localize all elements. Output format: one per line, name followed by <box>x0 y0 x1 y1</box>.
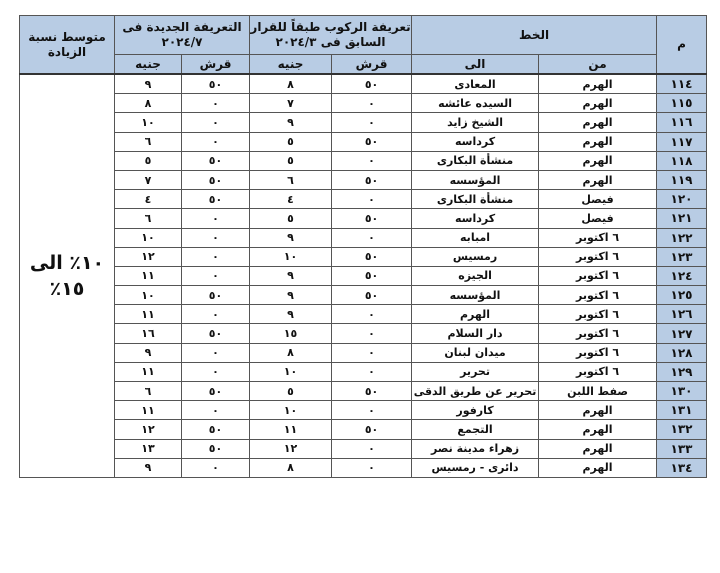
new-pounds-cell: ١٦ <box>115 324 182 343</box>
route-from-cell: ٦ اكتوبر <box>539 266 657 285</box>
row-number-cell: ١٢٢ <box>657 228 707 247</box>
old-piasters-cell: ٥٠ <box>332 132 412 151</box>
route-from-cell: الهرم <box>539 458 657 477</box>
row-number-cell: ١٢٩ <box>657 362 707 381</box>
table-row: ١٣٤الهرمدائرى - رمسيس٠٨٠٩ <box>20 458 707 477</box>
table-row: ١١٥الهرمالسيده عائشه٠٧٠٨ <box>20 94 707 113</box>
new-pounds-cell: ٤ <box>115 190 182 209</box>
new-piasters-cell: ٥٠ <box>182 74 250 94</box>
old-pounds-cell: ٤ <box>250 190 332 209</box>
row-number-cell: ١١٩ <box>657 170 707 189</box>
old-pounds-cell: ١٥ <box>250 324 332 343</box>
table-row: ١٢٦٦ اكتوبرالهرم٠٩٠١١ <box>20 305 707 324</box>
row-number-cell: ١١٥ <box>657 94 707 113</box>
table-header: م الخط تعريفة الركوب طبقاً للقرار السابق… <box>20 16 707 75</box>
new-pounds-cell: ٩ <box>115 343 182 362</box>
new-pounds-cell: ٨ <box>115 94 182 113</box>
old-pounds-cell: ٩ <box>250 305 332 324</box>
row-number-cell: ١٢٧ <box>657 324 707 343</box>
old-pounds-cell: ٥ <box>250 382 332 401</box>
header-old-fare: تعريفة الركوب طبقاً للقرار السابق فى ٢٠٢… <box>250 16 412 55</box>
route-from-cell: ٦ اكتوبر <box>539 362 657 381</box>
old-pounds-cell: ٦ <box>250 170 332 189</box>
route-to-cell: تحرير <box>412 362 539 381</box>
old-pounds-cell: ١٠ <box>250 362 332 381</box>
new-piasters-cell: ٥٠ <box>182 190 250 209</box>
old-pounds-cell: ٨ <box>250 458 332 477</box>
route-to-cell: امبابه <box>412 228 539 247</box>
old-piasters-cell: ٠ <box>332 458 412 477</box>
new-pounds-cell: ١٣ <box>115 439 182 458</box>
table-row: ١١٨الهرممنشأة البكارى٠٥٥٠٥ <box>20 151 707 170</box>
new-pounds-cell: ٧ <box>115 170 182 189</box>
new-pounds-cell: ٦ <box>115 209 182 228</box>
old-piasters-cell: ٠ <box>332 190 412 209</box>
old-piasters-cell: ٥٠ <box>332 247 412 266</box>
new-piasters-cell: ٠ <box>182 305 250 324</box>
table-row: ١٣٢الهرمالتجمع٥٠١١٥٠١٢ <box>20 420 707 439</box>
header-old-pounds: جنيه <box>250 55 332 75</box>
route-from-cell: فيصل <box>539 209 657 228</box>
new-piasters-cell: ٥٠ <box>182 151 250 170</box>
old-piasters-cell: ٠ <box>332 94 412 113</box>
header-new-fare: التعريفة الجديدة فى ٢٠٢٤/٧ <box>115 16 250 55</box>
table-row: ١٢٧٦ اكتوبردار السلام٠١٥٥٠١٦ <box>20 324 707 343</box>
table-row: ١١٩الهرمالمؤسسه٥٠٦٥٠٧ <box>20 170 707 189</box>
new-piasters-cell: ٥٠ <box>182 324 250 343</box>
old-piasters-cell: ٠ <box>332 401 412 420</box>
route-to-cell: كارفور <box>412 401 539 420</box>
table-row: ١٣٠صفط اللبنتحرير عن طريق الدقى٥٠٥٥٠٦ <box>20 382 707 401</box>
route-to-cell: ميدان لبنان <box>412 343 539 362</box>
old-piasters-cell: ٠ <box>332 362 412 381</box>
old-piasters-cell: ٥٠ <box>332 286 412 305</box>
old-piasters-cell: ٠ <box>332 343 412 362</box>
table-row: ١٢١فيصلكرداسه٥٠٥٠٦ <box>20 209 707 228</box>
row-number-cell: ١٢١ <box>657 209 707 228</box>
row-number-cell: ١١٦ <box>657 113 707 132</box>
new-pounds-cell: ١١ <box>115 401 182 420</box>
header-increase: متوسط نسبة الزيادة <box>20 16 115 75</box>
old-pounds-cell: ١٠ <box>250 247 332 266</box>
old-pounds-cell: ١٠ <box>250 401 332 420</box>
row-number-cell: ١١٨ <box>657 151 707 170</box>
old-pounds-cell: ٥ <box>250 209 332 228</box>
old-piasters-cell: ٥٠ <box>332 266 412 285</box>
table-row: ١٢٥٦ اكتوبرالمؤسسه٥٠٩٥٠١٠ <box>20 286 707 305</box>
old-pounds-cell: ٧ <box>250 94 332 113</box>
route-to-cell: المعادى <box>412 74 539 94</box>
header-from: من <box>539 55 657 75</box>
table-row: ١١٤الهرمالمعادى٥٠٨٥٠٩١٠٪ الى ١٥٪ <box>20 74 707 94</box>
new-pounds-cell: ٩ <box>115 458 182 477</box>
old-piasters-cell: ٠ <box>332 324 412 343</box>
row-number-cell: ١٣٣ <box>657 439 707 458</box>
old-piasters-cell: ٠ <box>332 113 412 132</box>
route-to-cell: المؤسسه <box>412 286 539 305</box>
new-pounds-cell: ١٢ <box>115 420 182 439</box>
old-piasters-cell: ٠ <box>332 151 412 170</box>
row-number-cell: ١٢٠ <box>657 190 707 209</box>
new-pounds-cell: ٦ <box>115 132 182 151</box>
table-row: ١٢٨٦ اكتوبرميدان لبنان٠٨٠٩ <box>20 343 707 362</box>
new-pounds-cell: ١١ <box>115 266 182 285</box>
route-from-cell: ٦ اكتوبر <box>539 343 657 362</box>
old-pounds-cell: ٩ <box>250 286 332 305</box>
route-from-cell: الهرم <box>539 401 657 420</box>
route-to-cell: الشيخ زايد <box>412 113 539 132</box>
route-to-cell: المؤسسه <box>412 170 539 189</box>
row-number-cell: ١٣١ <box>657 401 707 420</box>
route-to-cell: زهراء مدينة نصر <box>412 439 539 458</box>
new-piasters-cell: ٠ <box>182 343 250 362</box>
old-piasters-cell: ٠ <box>332 228 412 247</box>
table-row: ١٢٠فيصلمنشأة البكارى٠٤٥٠٤ <box>20 190 707 209</box>
new-piasters-cell: ٠ <box>182 132 250 151</box>
route-from-cell: ٦ اكتوبر <box>539 305 657 324</box>
increase-percentage-cell: ١٠٪ الى ١٥٪ <box>20 74 115 477</box>
old-piasters-cell: ٥٠ <box>332 74 412 94</box>
new-pounds-cell: ١٠ <box>115 228 182 247</box>
table-row: ١٣٣الهرمزهراء مدينة نصر٠١٢٥٠١٣ <box>20 439 707 458</box>
row-number-cell: ١١٤ <box>657 74 707 94</box>
route-from-cell: الهرم <box>539 151 657 170</box>
old-pounds-cell: ٩ <box>250 228 332 247</box>
route-to-cell: دائرى - رمسيس <box>412 458 539 477</box>
row-number-cell: ١٣٠ <box>657 382 707 401</box>
new-piasters-cell: ٥٠ <box>182 170 250 189</box>
route-to-cell: كرداسه <box>412 209 539 228</box>
new-piasters-cell: ٥٠ <box>182 420 250 439</box>
new-pounds-cell: ١١ <box>115 362 182 381</box>
fare-table: م الخط تعريفة الركوب طبقاً للقرار السابق… <box>19 15 707 478</box>
table-body: ١١٤الهرمالمعادى٥٠٨٥٠٩١٠٪ الى ١٥٪١١٥الهرم… <box>20 74 707 477</box>
new-piasters-cell: ٥٠ <box>182 382 250 401</box>
row-number-cell: ١٢٤ <box>657 266 707 285</box>
new-piasters-cell: ٥٠ <box>182 286 250 305</box>
route-from-cell: ٦ اكتوبر <box>539 286 657 305</box>
table-row: ١١٧الهرمكرداسه٥٠٥٠٦ <box>20 132 707 151</box>
route-from-cell: الهرم <box>539 113 657 132</box>
new-pounds-cell: ٥ <box>115 151 182 170</box>
route-from-cell: الهرم <box>539 132 657 151</box>
old-pounds-cell: ١٢ <box>250 439 332 458</box>
old-piasters-cell: ٠ <box>332 305 412 324</box>
header-num: م <box>657 16 707 75</box>
route-from-cell: الهرم <box>539 420 657 439</box>
old-piasters-cell: ٥٠ <box>332 209 412 228</box>
new-pounds-cell: ١٢ <box>115 247 182 266</box>
old-pounds-cell: ٩ <box>250 113 332 132</box>
new-piasters-cell: ٠ <box>182 113 250 132</box>
header-old-piasters: قرش <box>332 55 412 75</box>
table-row: ١٢٣٦ اكتوبررمسيس٥٠١٠٠١٢ <box>20 247 707 266</box>
route-from-cell: الهرم <box>539 439 657 458</box>
fare-table-container: م الخط تعريفة الركوب طبقاً للقرار السابق… <box>19 15 706 478</box>
route-to-cell: رمسيس <box>412 247 539 266</box>
row-number-cell: ١٢٨ <box>657 343 707 362</box>
new-piasters-cell: ٠ <box>182 228 250 247</box>
table-row: ١٣١الهرمكارفور٠١٠٠١١ <box>20 401 707 420</box>
route-to-cell: الجيزه <box>412 266 539 285</box>
route-from-cell: الهرم <box>539 94 657 113</box>
route-to-cell: السيده عائشه <box>412 94 539 113</box>
old-pounds-cell: ٨ <box>250 343 332 362</box>
new-piasters-cell: ٠ <box>182 94 250 113</box>
header-route: الخط <box>412 16 657 55</box>
route-to-cell: كرداسه <box>412 132 539 151</box>
old-piasters-cell: ٠ <box>332 439 412 458</box>
old-pounds-cell: ١١ <box>250 420 332 439</box>
new-pounds-cell: ٩ <box>115 74 182 94</box>
route-to-cell: منشأة البكارى <box>412 190 539 209</box>
route-to-cell: دار السلام <box>412 324 539 343</box>
header-new-piasters: قرش <box>182 55 250 75</box>
route-to-cell: منشأة البكارى <box>412 151 539 170</box>
row-number-cell: ١١٧ <box>657 132 707 151</box>
new-piasters-cell: ٠ <box>182 247 250 266</box>
old-pounds-cell: ٨ <box>250 74 332 94</box>
route-from-cell: ٦ اكتوبر <box>539 247 657 266</box>
old-piasters-cell: ٥٠ <box>332 420 412 439</box>
route-to-cell: الهرم <box>412 305 539 324</box>
route-from-cell: الهرم <box>539 170 657 189</box>
table-row: ١٢٢٦ اكتوبرامبابه٠٩٠١٠ <box>20 228 707 247</box>
new-pounds-cell: ١٠ <box>115 286 182 305</box>
table-row: ١٢٤٦ اكتوبرالجيزه٥٠٩٠١١ <box>20 266 707 285</box>
table-row: ١١٦الهرمالشيخ زايد٠٩٠١٠ <box>20 113 707 132</box>
new-piasters-cell: ٥٠ <box>182 439 250 458</box>
route-to-cell: التجمع <box>412 420 539 439</box>
old-pounds-cell: ٩ <box>250 266 332 285</box>
new-piasters-cell: ٠ <box>182 458 250 477</box>
table-row: ١٢٩٦ اكتوبرتحرير٠١٠٠١١ <box>20 362 707 381</box>
row-number-cell: ١٢٣ <box>657 247 707 266</box>
new-piasters-cell: ٠ <box>182 401 250 420</box>
route-to-cell: تحرير عن طريق الدقى <box>412 382 539 401</box>
new-pounds-cell: ١٠ <box>115 113 182 132</box>
route-from-cell: ٦ اكتوبر <box>539 228 657 247</box>
new-piasters-cell: ٠ <box>182 209 250 228</box>
route-from-cell: فيصل <box>539 190 657 209</box>
row-number-cell: ١٢٦ <box>657 305 707 324</box>
row-number-cell: ١٢٥ <box>657 286 707 305</box>
old-piasters-cell: ٥٠ <box>332 170 412 189</box>
row-number-cell: ١٣٤ <box>657 458 707 477</box>
header-to: الى <box>412 55 539 75</box>
row-number-cell: ١٣٢ <box>657 420 707 439</box>
new-pounds-cell: ٦ <box>115 382 182 401</box>
header-new-pounds: جنيه <box>115 55 182 75</box>
new-piasters-cell: ٠ <box>182 362 250 381</box>
new-piasters-cell: ٠ <box>182 266 250 285</box>
old-piasters-cell: ٥٠ <box>332 382 412 401</box>
route-from-cell: الهرم <box>539 74 657 94</box>
old-pounds-cell: ٥ <box>250 132 332 151</box>
new-pounds-cell: ١١ <box>115 305 182 324</box>
route-from-cell: صفط اللبن <box>539 382 657 401</box>
old-pounds-cell: ٥ <box>250 151 332 170</box>
route-from-cell: ٦ اكتوبر <box>539 324 657 343</box>
